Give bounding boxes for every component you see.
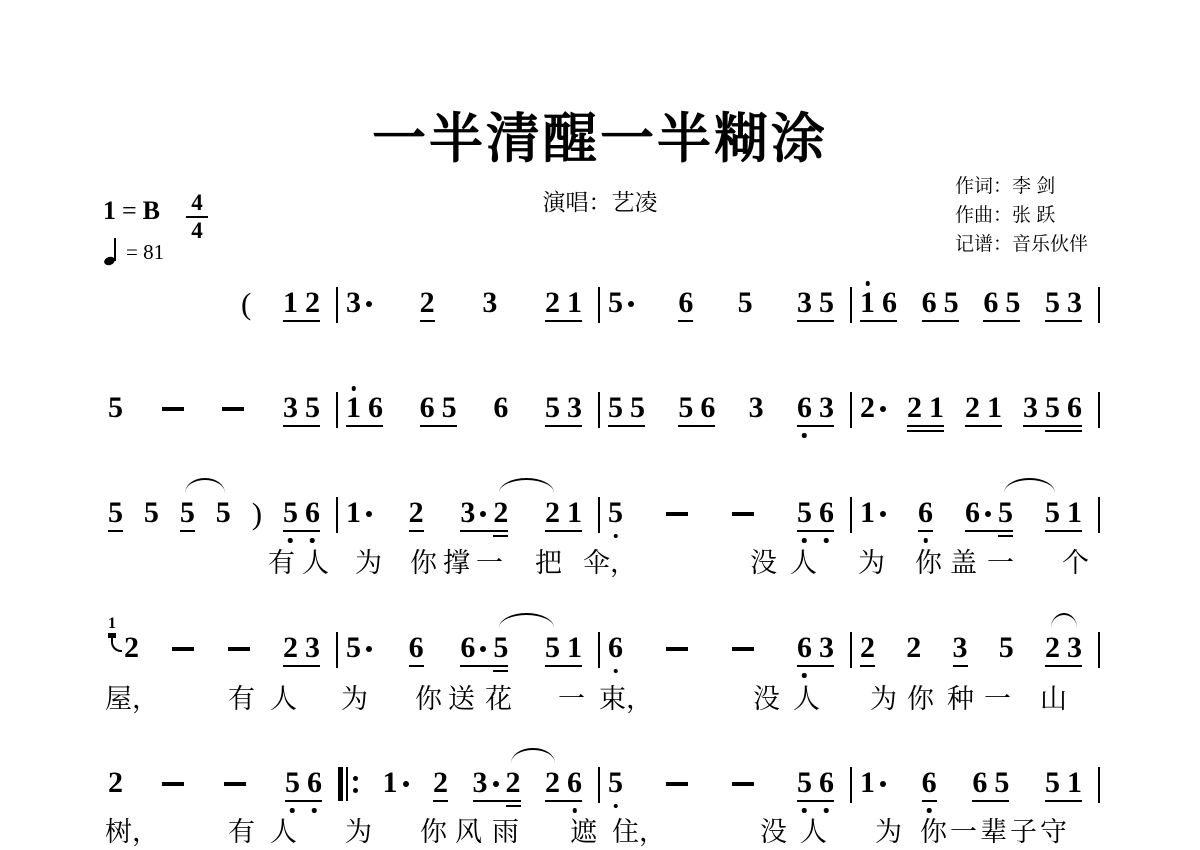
note-digit: 6 [567, 767, 582, 799]
lyric-syllable: 一 [558, 684, 585, 714]
measure: 22121356 [852, 392, 1100, 428]
note-digit: 6 [1067, 392, 1082, 424]
lyric-syllable: 遮 [570, 817, 597, 847]
note: 5 [108, 392, 123, 424]
note: 2 [305, 287, 320, 319]
note-digit: 1 [929, 392, 944, 424]
measure: 663 [600, 632, 852, 668]
note-digit: 5 [1005, 287, 1020, 319]
beam-group: 65 [965, 497, 1013, 529]
note: 2 [965, 392, 980, 424]
dash-note [732, 647, 754, 651]
beam-group: 35 [797, 287, 834, 319]
lyric-syllable: 雨 [492, 817, 519, 847]
beam-group: 53 [545, 392, 582, 424]
lyric-syllable: 伞， [583, 548, 637, 578]
beam-group: 5 [738, 287, 753, 319]
note: 1 [567, 497, 582, 529]
note: 6 [409, 632, 424, 664]
note: 5 [283, 497, 298, 529]
note: 1 [929, 392, 944, 424]
dash-note [224, 782, 246, 786]
note: 3 [473, 767, 499, 799]
beam-group: 6 [918, 497, 933, 529]
note-digit: 5 [1045, 392, 1060, 424]
measure: 16656553 [852, 287, 1100, 323]
note: 1 [987, 392, 1002, 424]
augmentation-dot [403, 781, 409, 787]
note-digit: 6 [882, 287, 897, 319]
note-digit: 3 [749, 392, 764, 424]
augmentation-dot [493, 781, 499, 787]
beam-group: 32 [473, 767, 521, 799]
note-digit: 3 [460, 497, 475, 529]
note-digit: 2 [906, 632, 921, 664]
beam-line [965, 425, 1002, 428]
note-digit: 2 [860, 632, 875, 664]
note-digit: 5 [493, 632, 508, 664]
note: 5 [819, 287, 834, 319]
note: 5 [630, 392, 645, 424]
note: 6 [700, 392, 715, 424]
note-digit: 5 [608, 497, 623, 529]
note: 1 [860, 767, 886, 799]
tie-arc [499, 613, 555, 628]
note-digit: 3 [473, 767, 488, 799]
lyric-syllable: 送 [448, 684, 475, 714]
beam-line [460, 665, 508, 668]
beam-group: 63 [797, 632, 834, 664]
note-digit: 6 [305, 497, 320, 529]
note: 5 [994, 767, 1009, 799]
note: 5 [108, 497, 123, 529]
note-digit: 6 [983, 287, 998, 319]
note: 6 [819, 767, 834, 799]
note-digit: 5 [442, 392, 457, 424]
augmentation-dot [880, 406, 886, 412]
beam-group: 6 [608, 632, 623, 664]
note-digit: 5 [305, 392, 320, 424]
beam-line [608, 425, 645, 428]
note: 5 [545, 392, 560, 424]
lyric-syllable: 没 [753, 684, 780, 714]
note-digit: 2 [545, 767, 560, 799]
note-digit: 5 [545, 632, 560, 664]
beam-line [918, 530, 933, 533]
note: 3 [749, 392, 764, 424]
beam-group: 51 [1045, 497, 1082, 529]
beam-line [678, 320, 693, 323]
note-digit: 5 [797, 497, 812, 529]
augmentation-dot [366, 511, 372, 517]
note: 6 [567, 767, 582, 799]
note-digit: 5 [285, 767, 300, 799]
note: 5 [797, 767, 812, 799]
note-digit: 6 [420, 392, 435, 424]
note-digit: 6 [368, 392, 383, 424]
beam-line [545, 425, 582, 428]
grace-note-group: 12 [108, 632, 139, 664]
note-digit: 6 [922, 767, 937, 799]
beam-line [678, 425, 715, 428]
note-digit: 1 [987, 392, 1002, 424]
beam-line [433, 800, 448, 803]
note: 1 [346, 497, 372, 529]
beam-line [283, 425, 320, 428]
beam-line [409, 530, 424, 533]
note-digit: 5 [1045, 497, 1060, 529]
note-digit: 5 [797, 767, 812, 799]
lyric-syllable: 为 [355, 548, 382, 578]
augmentation-dot [366, 301, 372, 307]
beam-group: 3 [346, 287, 372, 319]
note-digit: 2 [283, 632, 298, 664]
note: 5 [493, 632, 508, 664]
note: 5 [608, 767, 623, 799]
beam-group: 23 [1045, 632, 1082, 664]
beam-group: 63 [797, 392, 834, 424]
note: 2 [420, 287, 435, 319]
measure: 166551 [852, 767, 1100, 803]
measure: 566551 [338, 632, 600, 668]
augmentation-dot [628, 301, 634, 307]
augmentation-dot [985, 511, 991, 517]
rdot [353, 788, 358, 793]
note: 6 [918, 497, 933, 529]
note: 6 [882, 287, 897, 319]
note-digit: 6 [918, 497, 933, 529]
lyric-syllable: 盖 [950, 548, 977, 578]
beam-group: 65 [420, 392, 457, 424]
note-digit: 1 [383, 767, 398, 799]
note: 6 [972, 767, 987, 799]
measure: 256 [100, 767, 338, 803]
lyric-syllable: 风 [455, 817, 482, 847]
lyric-syllable: 有 [228, 817, 255, 847]
note: 2 [545, 767, 560, 799]
note: 6 [493, 392, 508, 424]
lyric-syllable: 没 [750, 548, 777, 578]
beam-line [1045, 430, 1082, 433]
beam-group: 12 [283, 287, 320, 319]
note-digit: 5 [944, 287, 959, 319]
note-digit: 2 [506, 767, 521, 799]
note-digit: 5 [999, 632, 1014, 664]
measure: (12 [233, 287, 338, 323]
note: 3 [482, 287, 497, 319]
beam-group: 1 [860, 767, 886, 799]
beam-group: 35 [283, 392, 320, 424]
beam-line [283, 320, 320, 323]
beam-group: 2 [860, 392, 886, 424]
beam-line [108, 530, 123, 533]
beam-line [180, 530, 195, 533]
beam-group: 3 [749, 392, 764, 424]
beam-group: 3 [482, 287, 497, 319]
note-digit: 6 [460, 632, 475, 664]
note-digit: 1 [567, 287, 582, 319]
note: 6 [305, 497, 320, 529]
beam-line [545, 800, 582, 803]
beam-group: 3 [953, 632, 968, 664]
note: 2 [433, 767, 448, 799]
lyric-syllable: 人 [800, 817, 827, 847]
beam-group: 21 [545, 287, 582, 319]
note: 5 [1045, 287, 1060, 319]
note: 6 [307, 767, 322, 799]
note: 2 [506, 767, 521, 799]
note-digit: 5 [678, 392, 693, 424]
lyric-syllable: 为 [345, 817, 372, 847]
note-digit: 5 [819, 287, 834, 319]
lyric-syllable: 树， [105, 817, 159, 847]
note-digit: 5 [994, 767, 1009, 799]
beam-line [1045, 665, 1082, 668]
lyric-syllable: 辈 [980, 817, 1007, 847]
note-digit: 2 [305, 287, 320, 319]
beam-group: 56 [285, 767, 322, 799]
note: 6 [1067, 392, 1082, 424]
note-digit: 2 [420, 287, 435, 319]
note-digit: 3 [305, 632, 320, 664]
note: 5 [346, 632, 372, 664]
measure: 1223 [100, 632, 338, 668]
note: 3 [819, 392, 834, 424]
beam-group: 26 [545, 767, 582, 799]
note-digit: 1 [567, 497, 582, 529]
note: 6 [983, 287, 998, 319]
note-digit: 6 [922, 287, 937, 319]
lyric-syllable: 你 [415, 684, 442, 714]
beam-group: 65 [983, 287, 1020, 319]
beam-line [283, 530, 320, 533]
note: 5 [144, 497, 159, 529]
note-digit: 3 [283, 392, 298, 424]
note: 3 [305, 632, 320, 664]
note: 5 [1005, 287, 1020, 319]
note-digit: 5 [608, 287, 623, 319]
beam-line [283, 665, 320, 668]
note-digit: 2 [108, 767, 123, 799]
beam-line [493, 535, 508, 538]
note-digit: 6 [700, 392, 715, 424]
beam-line [907, 430, 944, 433]
note: 3 [797, 287, 812, 319]
lyric-syllable: 花 [485, 684, 512, 714]
beam-group: 5 [180, 497, 195, 529]
measure: 1665653 [338, 392, 600, 428]
note: 6 [922, 767, 937, 799]
note-digit: 5 [346, 632, 361, 664]
note: 6 [460, 632, 486, 664]
note-digit: 6 [608, 632, 623, 664]
note-digit: 3 [953, 632, 968, 664]
note: 3 [1023, 392, 1038, 424]
note-digit: 2 [860, 392, 875, 424]
note: 5 [180, 497, 195, 529]
note: 2 [409, 497, 424, 529]
beam-line [420, 425, 457, 428]
beam-group: 56 [283, 497, 320, 529]
dash-note [666, 782, 688, 786]
note-digit: 6 [819, 497, 834, 529]
beam-group: 56 [797, 767, 834, 799]
lyric-syllable: 为 [341, 684, 368, 714]
note: 6 [819, 497, 834, 529]
note-digit: 2 [907, 392, 922, 424]
note-digit: 1 [283, 287, 298, 319]
beam-group: 5 [608, 767, 623, 799]
note: 3 [953, 632, 968, 664]
tie-arc [511, 748, 555, 763]
augmentation-dot [480, 511, 486, 517]
note: 6 [965, 497, 991, 529]
beam-group: 2 [433, 767, 448, 799]
beam-line [493, 670, 508, 673]
note: 5 [608, 497, 623, 529]
beam-group: 2 [906, 632, 921, 664]
note-digit: 5 [545, 392, 560, 424]
beam-line [285, 800, 322, 803]
note: 5 [285, 767, 300, 799]
dash-note [222, 407, 244, 411]
note-digit: 1 [567, 632, 582, 664]
note: 1 [567, 632, 582, 664]
lyric-syllable: 住， [612, 817, 666, 847]
beam-group: 6 [493, 392, 508, 424]
measure: 556 [600, 767, 852, 803]
note-digit: 3 [567, 392, 582, 424]
beam-group: 16 [346, 392, 383, 424]
note-digit: 5 [283, 497, 298, 529]
lyric-syllable: 为 [858, 548, 885, 578]
lyric-syllable: 一 [476, 548, 503, 578]
note: 1 [383, 767, 409, 799]
note: 1 [860, 497, 886, 529]
note-digit: 6 [307, 767, 322, 799]
note: 6 [608, 632, 623, 664]
lyric-syllable: 有 [228, 684, 255, 714]
beam-group: 51 [545, 632, 582, 664]
rdot [353, 776, 358, 781]
lyric-syllable: 屋， [105, 684, 159, 714]
note: 3 [819, 632, 834, 664]
note-digit: 5 [608, 767, 623, 799]
beam-group: 6 [678, 287, 693, 319]
note-digit: 2 [124, 632, 139, 664]
measure: 556 [600, 497, 852, 533]
dash-note [732, 512, 754, 516]
lyric-syllable: 人 [790, 548, 817, 578]
note-digit: 2 [493, 497, 508, 529]
repeat-start-sign [338, 767, 358, 801]
beam-group: 5 [608, 497, 623, 529]
note-digit: 1 [860, 287, 875, 319]
sheet-music-page: 一半清醒一半糊涂 演唱：艺凌 作词：李 剑 作曲：张 跃 记谱：音乐伙伴 1 =… [0, 0, 1200, 850]
note-digit: 6 [678, 287, 693, 319]
note: 1 [567, 287, 582, 319]
beam-line [346, 425, 383, 428]
note: 2 [906, 632, 921, 664]
measure: 5556363 [600, 392, 852, 428]
note: 5 [678, 392, 693, 424]
note-digit: 2 [545, 497, 560, 529]
beam-group: 5 [144, 497, 159, 529]
note: 5 [797, 497, 812, 529]
note-digit: 5 [738, 287, 753, 319]
note-digit: 3 [346, 287, 361, 319]
note-digit: 2 [545, 287, 560, 319]
note: 5 [1045, 497, 1060, 529]
measure: 32321 [338, 287, 600, 323]
note-digit: 5 [216, 497, 231, 529]
beam-line [797, 665, 834, 668]
beam-line [965, 530, 1013, 533]
note-digit: 2 [433, 767, 448, 799]
note-digit: 1 [1067, 497, 1082, 529]
beam-line [1023, 425, 1082, 428]
measure: 123226 [338, 767, 600, 803]
note: 6 [922, 287, 937, 319]
note-digit: 5 [608, 392, 623, 424]
lyric-syllable: 有 [268, 548, 295, 578]
rb2 [346, 767, 348, 801]
note: 1 [1067, 497, 1082, 529]
beam-line [1045, 530, 1082, 533]
note-digit: 6 [819, 767, 834, 799]
beam-line [1045, 800, 1082, 803]
note-digit: 6 [797, 632, 812, 664]
note-digit: 1 [860, 497, 875, 529]
lyric-syllable: 为 [875, 817, 902, 847]
close-paren: ) [252, 497, 262, 531]
note: 3 [1067, 287, 1082, 319]
note-digit: 6 [972, 767, 987, 799]
beam-group: 51 [1045, 767, 1082, 799]
beam-group: 65 [972, 767, 1009, 799]
note: 3 [1067, 632, 1082, 664]
tie-arc [185, 478, 225, 493]
note-digit: 1 [1067, 767, 1082, 799]
dash-note [732, 782, 754, 786]
lyric-syllable: 种 [947, 684, 974, 714]
note-digit: 5 [180, 497, 195, 529]
lyric-syllable: 人 [793, 684, 820, 714]
measure: 5555)56 [100, 497, 338, 533]
note: 2 [283, 632, 298, 664]
note-digit: 3 [819, 392, 834, 424]
lyric-syllable: 人 [270, 684, 297, 714]
note-digit: 1 [346, 497, 361, 529]
notation-area: (123232156535166565535351665653555636322… [0, 0, 1200, 850]
beam-line [983, 320, 1020, 323]
note: 2 [860, 392, 886, 424]
beam-group: 5 [999, 632, 1014, 664]
note-digit: 5 [108, 497, 123, 529]
beam-group: 32 [460, 497, 508, 529]
measure: 166551 [852, 497, 1100, 533]
note: 6 [797, 392, 812, 424]
beam-line [972, 800, 1009, 803]
beam-line [922, 800, 937, 803]
note-digit: 6 [965, 497, 980, 529]
beam-group: 21 [907, 392, 944, 424]
beam-group: 65 [922, 287, 959, 319]
lyric-syllable: 山 [1040, 684, 1067, 714]
beam-line [506, 805, 521, 808]
note-digit: 2 [965, 392, 980, 424]
note: 3 [346, 287, 372, 319]
